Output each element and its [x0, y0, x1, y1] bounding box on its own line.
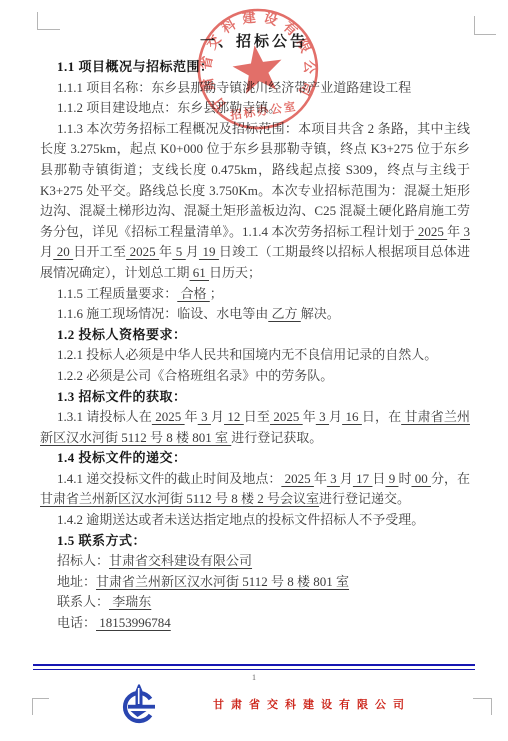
p-1-4-2: 1.4.2 逾期送达或者未送达指定地点的投标文件招标人不予受理。 [40, 510, 470, 531]
p-1-3-1: 1.3.1 请投标人在 2025 年 3 月 12 日至 2025 年 3 月 … [40, 407, 470, 448]
filled-blank: 19 [199, 244, 219, 259]
filled-blank: 17 [353, 471, 373, 486]
text-run: ； [210, 286, 223, 301]
text-run: 1.4.2 逾期送达或者未送达指定地点的投标文件招标人不予受理。 [57, 512, 424, 527]
text-run: 日 [372, 471, 385, 486]
filled-blank: 12 [224, 409, 244, 424]
text-run: 1.1.6 施工现场情况：临设、水电等由 [57, 306, 268, 321]
filled-blank: 李瑞东 [109, 594, 151, 609]
filled-blank: 乙方 [268, 306, 301, 321]
p-1-2-1: 1.2.1 投标人必须是中华人民共和国境内无不良信用记录的自然人。 [40, 345, 470, 366]
filled-blank: 甘肃省兰州新区汉水河街 5112 号 8 楼 801 室 [96, 574, 349, 589]
filled-blank: 20 [53, 244, 73, 259]
text-run: 1.1.2 项目建设地点：东乡县那勒寺镇。 [57, 100, 281, 115]
p-1-1-3: 1.1.3 本次劳务招标工程概况及招标范围：本项目共含 2 条路，其中主线长度 … [40, 119, 470, 284]
text-run: 解决。 [301, 306, 340, 321]
text-run: 电话： [57, 615, 96, 630]
filled-blank: 甘肃省兰州新区汉水河街 5112 号 8 楼 2 号会议室 [40, 491, 319, 506]
p-1-1-1: 1.1.1 项目名称：东乡县那勒寺镇洮川经济带产业道路建设工程 [40, 78, 470, 99]
filled-blank: 3 [460, 224, 470, 239]
filled-blank: 甘肃省交科建设有限公司 [109, 553, 252, 568]
company-logo-icon [120, 684, 158, 724]
p-contact-bidder: 招标人：甘肃省交科建设有限公司 [40, 551, 470, 572]
text-run: 年 [447, 224, 460, 239]
text-run: 年 [314, 471, 327, 486]
p-1-1-6: 1.1.6 施工现场情况：临设、水电等由 乙方 解决。 [40, 304, 470, 325]
text-run: 招标人： [57, 553, 109, 568]
sec-1-3: 1.3 招标文件的获取： [40, 387, 470, 408]
filled-blank: 2025 [270, 409, 303, 424]
text-run: 1.4 投标文件的递交： [57, 450, 187, 465]
text-run: 月 [186, 244, 199, 259]
filled-blank: 00 [411, 471, 431, 486]
footer-company-name: 甘肃省交科建设有限公司 [213, 696, 411, 712]
text-run: 进行登记递交。 [319, 491, 410, 506]
p-contact-person: 联系人： 李瑞东 [40, 592, 470, 613]
crop-mark-top-left [37, 12, 60, 30]
p-1-2-2: 1.2.2 必须是公司《合格班组名录》中的劳务队。 [40, 366, 470, 387]
p-1-1-5: 1.1.5 工程质量要求： 合格 ； [40, 284, 470, 305]
filled-blank: 3 [198, 409, 211, 424]
text-run: 1.1.1 项目名称：东乡县那勒寺镇洮川经济带产业道路建设工程 [57, 80, 411, 95]
text-run: 1.3 招标文件的获取： [57, 389, 187, 404]
page-number: 1 [0, 673, 508, 682]
filled-blank: 16 [342, 409, 362, 424]
p-1-1-2: 1.1.2 项目建设地点：东乡县那勒寺镇。 [40, 98, 470, 119]
sec-1-5: 1.5 联系方式： [40, 531, 470, 552]
filled-blank: 2025 [126, 244, 159, 259]
text-run: 1.2.1 投标人必须是中华人民共和国境内无不良信用记录的自然人。 [57, 347, 437, 362]
filled-blank: 2025 [415, 224, 448, 239]
text-run: 1.1 项目概况与招标范围： [57, 59, 214, 74]
sec-1-2: 1.2 投标人资格要求： [40, 325, 470, 346]
sec-1-4: 1.4 投标文件的递交： [40, 448, 470, 469]
text-run: 月 [340, 471, 353, 486]
text-run: 年 [185, 409, 198, 424]
text-run: 年 [303, 409, 316, 424]
text-run: 1.4.1 递交投标文件的截止时间及地点： [57, 471, 281, 486]
filled-blank: 5 [172, 244, 185, 259]
text-run: 地址： [57, 574, 96, 589]
document-body: 1.1 项目概况与招标范围：1.1.1 项目名称：东乡县那勒寺镇洮川经济带产业道… [40, 57, 470, 634]
filled-blank: 2025 [152, 409, 185, 424]
filled-blank: 3 [316, 409, 329, 424]
p-contact-address: 地址：甘肃省兰州新区汉水河街 5112 号 8 楼 801 室 [40, 572, 470, 593]
footer-double-rule [33, 664, 475, 670]
text-run: 日开工至 [73, 244, 126, 259]
text-run: 1.2.2 必须是公司《合格班组名录》中的劳务队。 [57, 368, 333, 383]
filled-blank: 61 [190, 265, 210, 280]
text-run: 日至 [244, 409, 270, 424]
text-run: 1.1.5 工程质量要求： [57, 286, 177, 301]
filled-blank: 合格 [177, 286, 210, 301]
text-run: 进行登记获取。 [231, 430, 322, 445]
text-run: 月 [329, 409, 342, 424]
text-run: 年 [159, 244, 172, 259]
page-title: 一、招标公告 [0, 30, 508, 51]
sec-1-1: 1.1 项目概况与招标范围： [40, 57, 470, 78]
filled-blank: 2025 [281, 471, 314, 486]
p-1-4-1: 1.4.1 递交投标文件的截止时间及地点： 2025 年 3 月 17 日 9 … [40, 469, 470, 510]
text-run: 月 [40, 244, 53, 259]
filled-blank: 18153996784 [96, 615, 171, 630]
text-run: 1.1.3 本次劳务招标工程概况及招标范围：本项目共含 2 条路，其中主线长度 … [40, 121, 470, 239]
text-run: 1.5 联系方式： [57, 533, 146, 548]
text-run: 月 [211, 409, 224, 424]
text-run: 1.2 投标人资格要求： [57, 327, 187, 342]
document-page: 一、招标公告 1.1 项目概况与招标范围：1.1.1 项目名称：东乡县那勒寺镇洮… [0, 0, 508, 741]
text-run: 日历天； [209, 265, 261, 280]
text-run: 分，在 [431, 471, 470, 486]
filled-blank: 3 [327, 471, 340, 486]
crop-mark-bottom-right [473, 698, 492, 715]
text-run: 时 [398, 471, 411, 486]
filled-blank: 9 [385, 471, 398, 486]
text-run: 1.3.1 请投标人在 [57, 409, 152, 424]
crop-mark-bottom-left [32, 698, 49, 715]
p-contact-phone: 电话： 18153996784 [40, 613, 470, 634]
text-run: 联系人： [57, 594, 109, 609]
text-run: 日，在 [362, 409, 401, 424]
